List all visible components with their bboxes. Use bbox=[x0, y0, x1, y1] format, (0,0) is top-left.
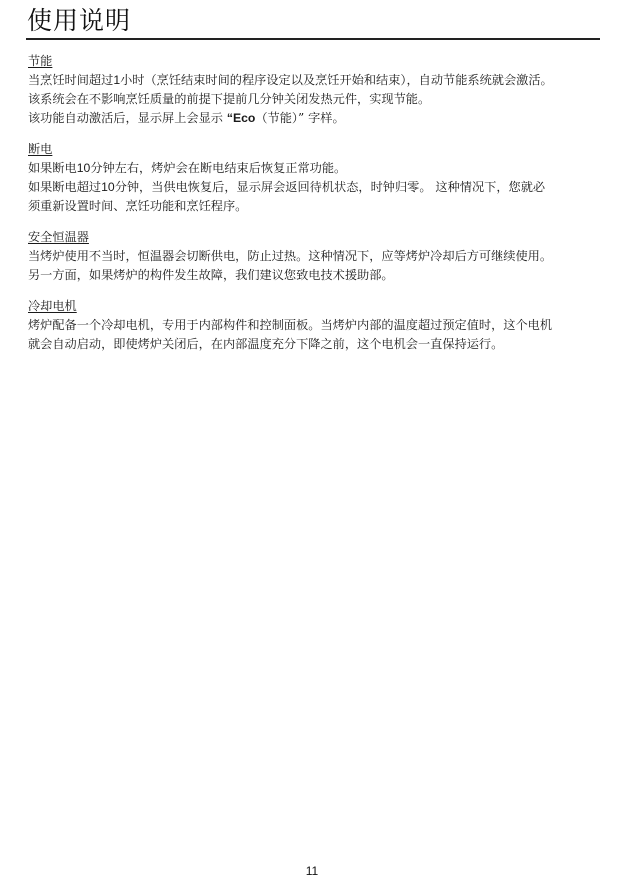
section-heading: 冷却电机 bbox=[28, 297, 603, 316]
paragraph-line: 该功能自动激活后，显示屏上会显示 “Eco（节能）” 字样。 bbox=[28, 109, 603, 128]
number-run: 10 bbox=[77, 161, 91, 175]
section-safety-thermostat: 安全恒温器 当烤炉使用不当时，恒温器会切断供电，防止过热。这种情况下，应等烤炉冷… bbox=[28, 228, 603, 285]
text-run: 该功能自动激活后，显示屏上会显示 bbox=[28, 111, 227, 125]
text-run: 分钟，当供电恢复后，显示屏会返回待机状态，时钟归零。 这种情况下，您就必 bbox=[115, 180, 545, 194]
text-run: 分钟左右，烤炉会在断电结束后恢复正常功能。 bbox=[90, 161, 346, 175]
text-run: 另一方面，如果烤炉的构件发生故障，我们建议您致电技术援助部。 bbox=[28, 268, 394, 282]
paragraph-line: 另一方面，如果烤炉的构件发生故障，我们建议您致电技术援助部。 bbox=[28, 266, 603, 285]
document-body: 节能 当烹饪时间超过1小时（烹饪结束时间的程序设定以及烹饪开始和结束），自动节能… bbox=[28, 52, 603, 366]
text-run: 如果断电 bbox=[28, 161, 77, 175]
text-run: 当烹饪时间超过 bbox=[28, 73, 113, 87]
section-heading: 安全恒温器 bbox=[28, 228, 603, 247]
section-heading: 断电 bbox=[28, 140, 603, 159]
title-divider bbox=[26, 38, 600, 40]
text-run: 该系统会在不影响烹饪质量的前提下提前几分钟关闭发热元件，实现节能。 bbox=[28, 92, 430, 106]
paragraph-line: 当烤炉使用不当时，恒温器会切断供电，防止过热。这种情况下，应等烤炉冷却后方可继续… bbox=[28, 247, 603, 266]
section-power-failure: 断电 如果断电10分钟左右，烤炉会在断电结束后恢复正常功能。 如果断电超过10分… bbox=[28, 140, 603, 216]
text-run: 如果断电超过 bbox=[28, 180, 101, 194]
text-run: 小时（烹饪结束时间的程序设定以及烹饪开始和结束），自动节能系统就会激活。 bbox=[120, 73, 553, 87]
eco-label: “Eco bbox=[227, 111, 255, 125]
paragraph-line: 烤炉配备一个冷却电机，专用于内部构件和控制面板。当烤炉内部的温度超过预定值时，这… bbox=[28, 316, 603, 335]
text-run: 须重新设置时间、烹饪功能和烹饪程序。 bbox=[28, 199, 247, 213]
text-run: 就会自动启动，即使烤炉关闭后，在内部温度充分下降之前，这个电机会一直保持运行。 bbox=[28, 337, 503, 351]
section-heading: 节能 bbox=[28, 52, 603, 71]
page-number: 11 bbox=[0, 864, 624, 878]
page-title: 使用说明 bbox=[27, 5, 131, 37]
text-run: （节能）” 字样。 bbox=[255, 111, 344, 125]
paragraph-line: 当烹饪时间超过1小时（烹饪结束时间的程序设定以及烹饪开始和结束），自动节能系统就… bbox=[28, 71, 603, 90]
section-cooling-motor: 冷却电机 烤炉配备一个冷却电机，专用于内部构件和控制面板。当烤炉内部的温度超过预… bbox=[28, 297, 603, 354]
text-run: 当烤炉使用不当时，恒温器会切断供电，防止过热。这种情况下，应等烤炉冷却后方可继续… bbox=[28, 249, 552, 263]
paragraph-line: 须重新设置时间、烹饪功能和烹饪程序。 bbox=[28, 197, 603, 216]
text-run: 烤炉配备一个冷却电机，专用于内部构件和控制面板。当烤炉内部的温度超过预定值时，这… bbox=[28, 318, 552, 332]
number-run: 10 bbox=[101, 180, 115, 194]
section-energy-saving: 节能 当烹饪时间超过1小时（烹饪结束时间的程序设定以及烹饪开始和结束），自动节能… bbox=[28, 52, 603, 128]
paragraph-line: 该系统会在不影响烹饪质量的前提下提前几分钟关闭发热元件，实现节能。 bbox=[28, 90, 603, 109]
paragraph-line: 就会自动启动，即使烤炉关闭后，在内部温度充分下降之前，这个电机会一直保持运行。 bbox=[28, 335, 603, 354]
paragraph-line: 如果断电超过10分钟，当供电恢复后，显示屏会返回待机状态，时钟归零。 这种情况下… bbox=[28, 178, 603, 197]
paragraph-line: 如果断电10分钟左右，烤炉会在断电结束后恢复正常功能。 bbox=[28, 159, 603, 178]
